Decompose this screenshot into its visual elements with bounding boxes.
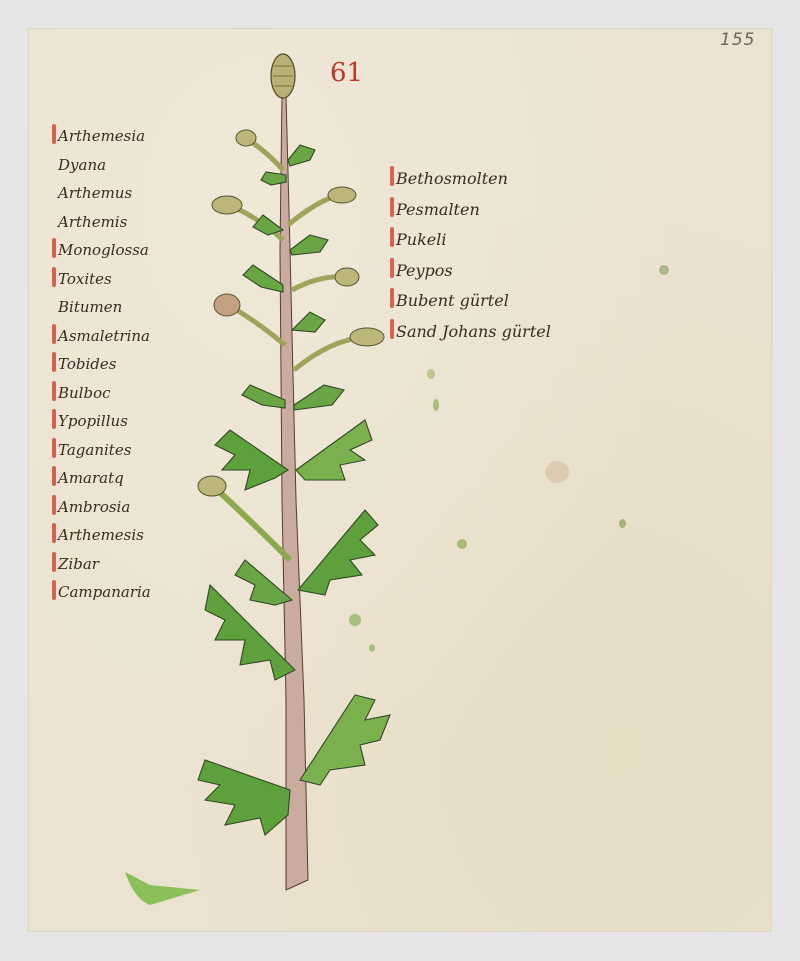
latin-name: Bulboc	[58, 379, 151, 408]
german-name: Pukeli	[396, 225, 551, 256]
latin-name: Bitumen	[58, 293, 151, 322]
top-flower-head	[271, 54, 295, 98]
latin-name: Arthemesia	[58, 122, 151, 151]
latin-name: Ambrosia	[58, 493, 151, 522]
german-name: Sand Johans gürtel	[396, 317, 551, 348]
latin-name: Asmaletrina	[58, 322, 151, 351]
latin-name: Taganites	[58, 436, 151, 465]
german-name: Bubent gürtel	[396, 286, 551, 317]
latin-name: Campanaria	[58, 578, 151, 607]
latin-name: Arthemis	[58, 208, 151, 237]
latin-name: Monoglossa	[58, 236, 151, 265]
latin-name: Zibar	[58, 550, 151, 579]
latin-name: Toxites	[58, 265, 151, 294]
german-name: Bethosmolten	[396, 164, 551, 195]
german-name: Peypos	[396, 256, 551, 287]
latin-name: Amaratq	[58, 464, 151, 493]
latin-names-list: Arthemesia Dyana Arthemus Arthemis Monog…	[58, 122, 151, 607]
latin-name: Arthemesis	[58, 521, 151, 550]
latin-name: Tobides	[58, 350, 151, 379]
latin-name: Ypopillus	[58, 407, 151, 436]
german-name: Pesmalten	[396, 195, 551, 226]
latin-name: Dyana	[58, 151, 151, 180]
latin-name: Arthemus	[58, 179, 151, 208]
german-names-list: Bethosmolten Pesmalten Pukeli Peypos Bub…	[396, 164, 551, 347]
